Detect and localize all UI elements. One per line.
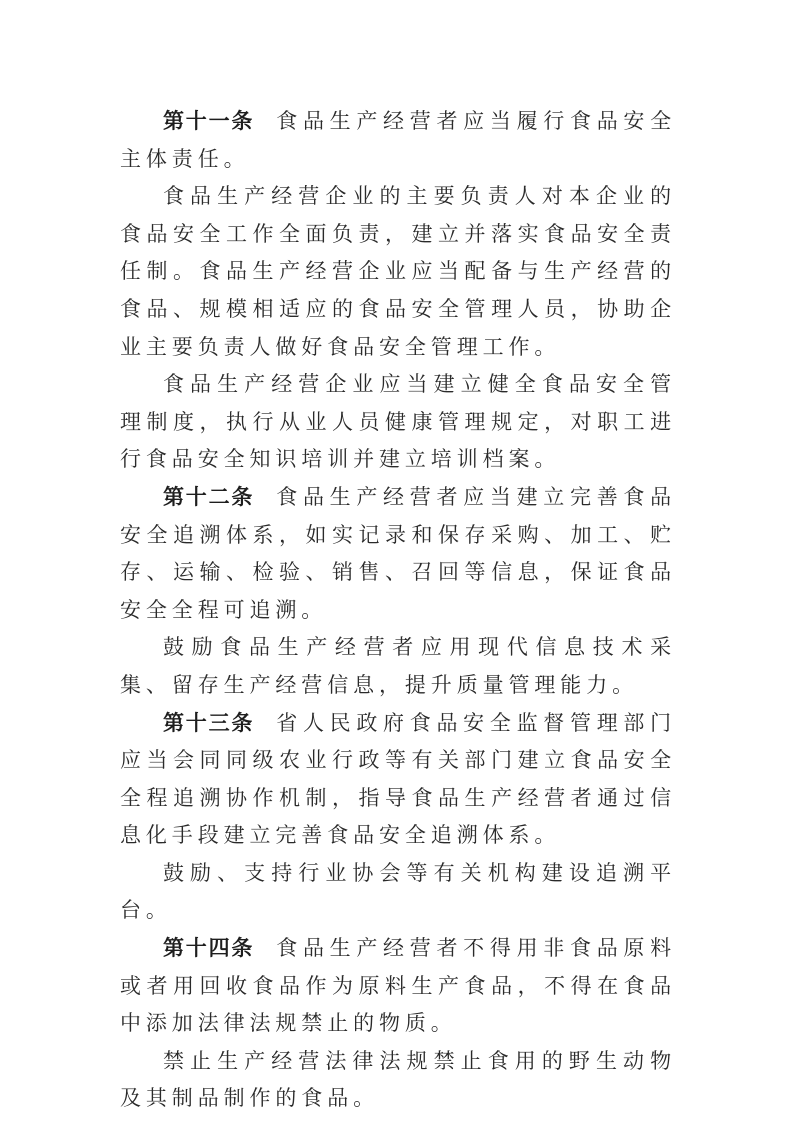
- document-page: 第十一条食品生产经营者应当履行食品安全主体责任。 食品生产经营企业的主要负责人对…: [120, 103, 676, 1118]
- paragraph-text: 禁止生产经营法律法规禁止食用的野生动物及其制品制作的食品。: [120, 1049, 676, 1111]
- paragraph-text: 食品生产经营企业应当建立健全食品安全管理制度，执行从业人员健康管理规定，对职工进…: [120, 372, 676, 471]
- paragraph-text: 食品生产经营企业的主要负责人对本企业的食品安全工作全面负责，建立并落实食品安全责…: [120, 184, 676, 358]
- article-11-clause-3: 食品生产经营企业应当建立健全食品安全管理制度，执行从业人员健康管理规定，对职工进…: [120, 366, 676, 479]
- article-13-paragraph: 第十三条省人民政府食品安全监督管理部门应当会同同级农业行政等有关部门建立食品安全…: [120, 705, 676, 855]
- article-12-paragraph: 第十二条食品生产经营者应当建立完善食品安全追溯体系，如实记录和保存采购、加工、贮…: [120, 479, 676, 629]
- article-11-clause-2: 食品生产经营企业的主要负责人对本企业的食品安全工作全面负责，建立并落实食品安全责…: [120, 178, 676, 366]
- article-14-paragraph: 第十四条食品生产经营者不得用非食品原料或者用回收食品作为原料生产食品，不得在食品…: [120, 930, 676, 1043]
- article-number: 第十三条: [163, 711, 254, 735]
- article-11-paragraph: 第十一条食品生产经营者应当履行食品安全主体责任。: [120, 103, 676, 178]
- paragraph-text: 鼓励食品生产经营者应用现代信息技术采集、留存生产经营信息，提升质量管理能力。: [120, 635, 676, 697]
- article-13-clause-2: 鼓励、支持行业协会等有关机构建设追溯平台。: [120, 855, 676, 930]
- article-number: 第十一条: [163, 109, 254, 133]
- article-number: 第十四条: [163, 936, 254, 960]
- article-14-clause-2: 禁止生产经营法律法规禁止食用的野生动物及其制品制作的食品。: [120, 1043, 676, 1118]
- article-12-clause-2: 鼓励食品生产经营者应用现代信息技术采集、留存生产经营信息，提升质量管理能力。: [120, 629, 676, 704]
- paragraph-text: 鼓励、支持行业协会等有关机构建设追溯平台。: [120, 861, 676, 923]
- article-number: 第十二条: [163, 485, 254, 509]
